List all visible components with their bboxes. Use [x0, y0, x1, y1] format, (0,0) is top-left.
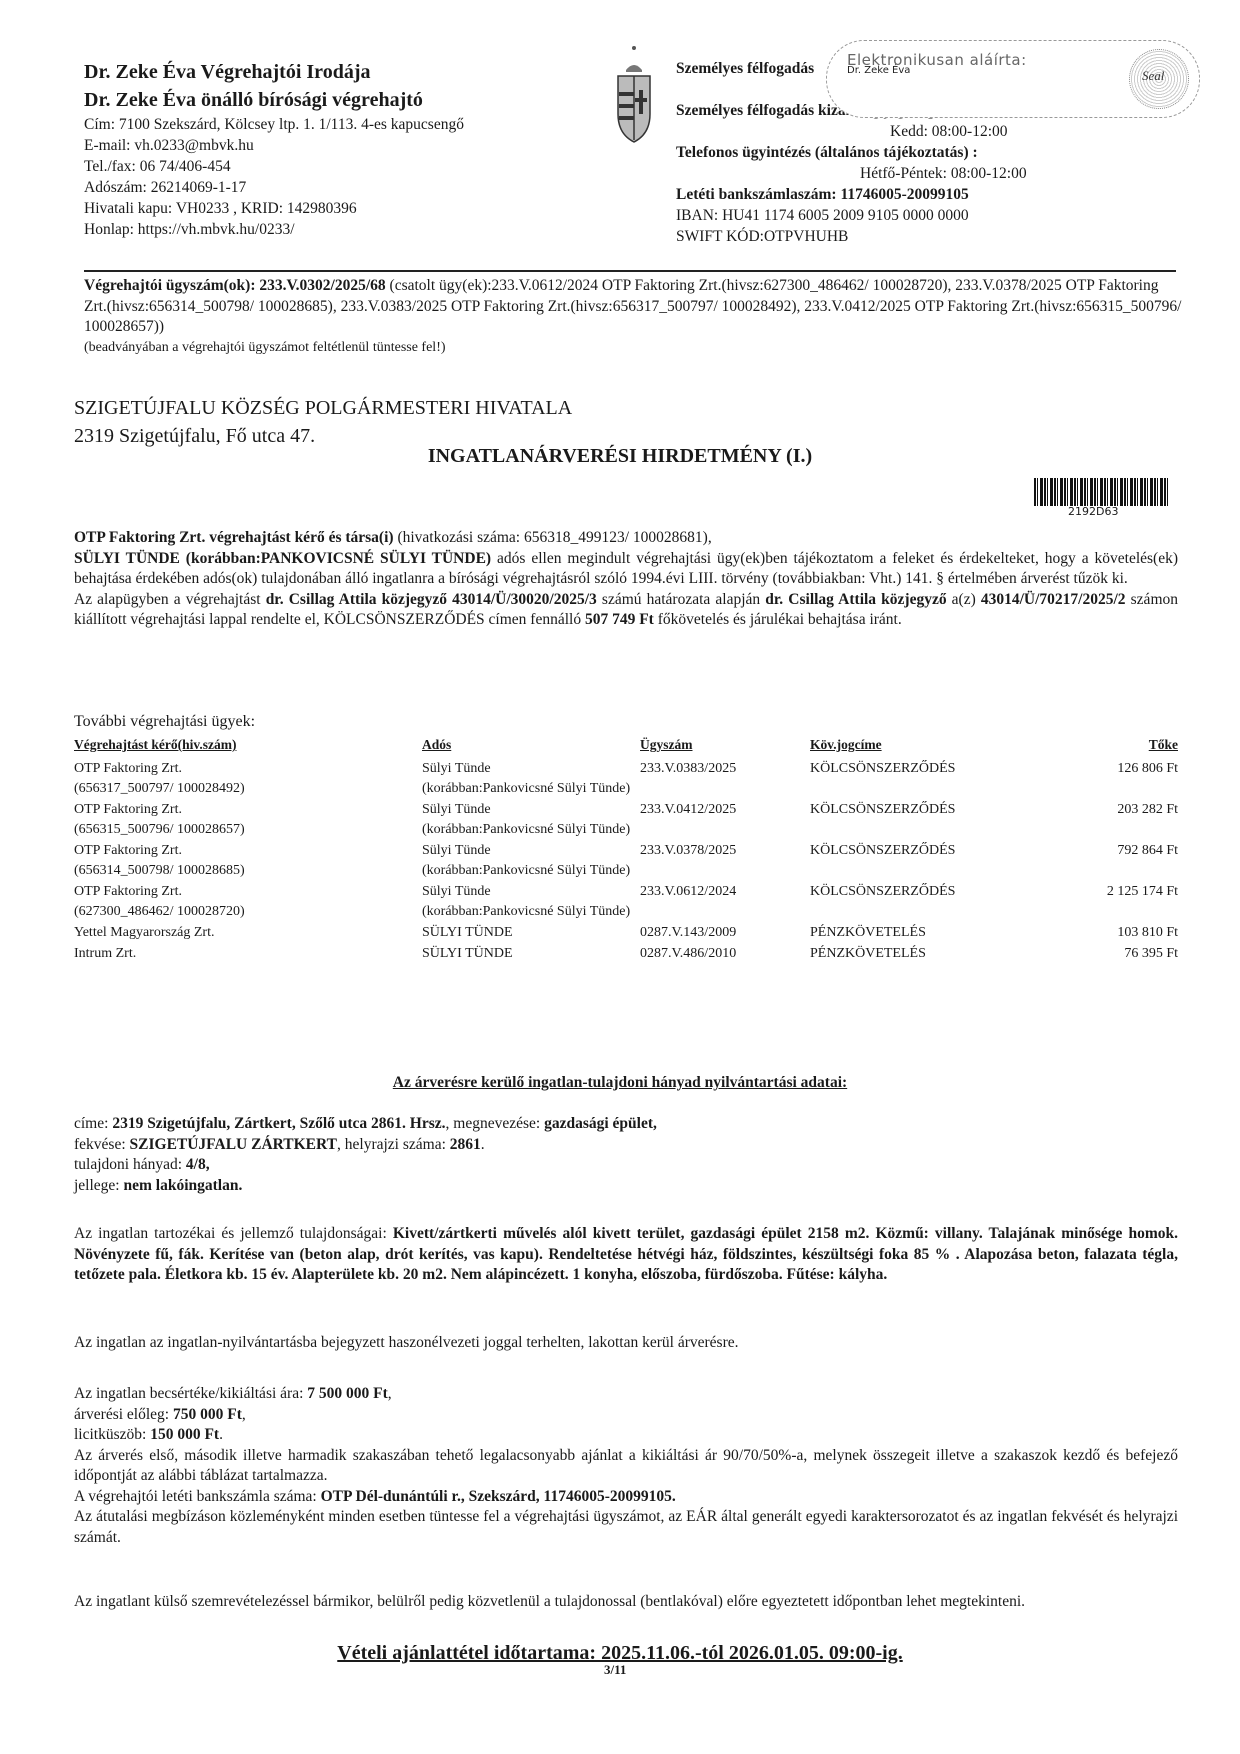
table-row: OTP Faktoring Zrt.(656314_500798/ 100028…: [74, 841, 1178, 882]
electronic-signature-stamp: Elektronikusan aláírta: Dr. Zeke Éva Sea…: [826, 40, 1200, 118]
intro-text: OTP Faktoring Zrt. végrehajtást kérő és …: [74, 528, 1178, 631]
case-number-label: Végrehajtói ügyszám(ok): 233.V.0302/2025…: [84, 277, 386, 294]
col-creditor: Végrehajtást kérő(hiv.szám): [74, 735, 422, 759]
header-divider: [84, 270, 1176, 272]
page-number: 3/11: [604, 1662, 626, 1678]
viewing-info: Az ingatlant külső szemrevételezéssel bá…: [74, 1592, 1178, 1613]
document-title: INGATLANÁRVERÉSI HIRDETMÉNY (I.): [0, 445, 1240, 468]
auction-deposit: 750 000 Ft: [173, 1406, 242, 1423]
barcode-number: 2192D63: [1068, 505, 1118, 518]
col-legal-title: Köv.jogcíme: [810, 735, 1040, 759]
bid-threshold: 150 000 Ft: [150, 1426, 219, 1443]
barcode-icon: [1034, 478, 1168, 506]
office-email: E-mail: vh.0233@mbvk.hu: [84, 135, 644, 156]
office-address: Cím: 7100 Szekszárd, Kölcsey ltp. 1. 1/1…: [84, 114, 644, 135]
officer-title: Dr. Zeke Éva önálló bírósági végrehajtó: [84, 86, 644, 114]
office-tax-number: Adószám: 26214069-1-17: [84, 177, 644, 198]
property-burden: Az ingatlan az ingatlan-nyilvántartásba …: [74, 1334, 738, 1352]
phone-hours: Hétfő-Péntek: 08:00-12:00: [676, 163, 1216, 184]
deposit-account: Letéti bankszámlaszám: 11746005-20099105: [676, 184, 1216, 205]
coat-of-arms-icon: [612, 42, 656, 162]
deposit-account-detail: OTP Dél-dunántúli r., Szekszárd, 1174600…: [321, 1488, 676, 1505]
col-debtor: Adós: [422, 735, 640, 759]
col-case: Ügyszám: [640, 735, 810, 759]
further-cases-title: További végrehajtási ügyek:: [74, 713, 255, 731]
swift: SWIFT KÓD:OTPVHUHB: [676, 226, 1216, 247]
signature-seal-icon: Seal: [1129, 49, 1189, 109]
further-cases-table: Végrehajtást kérő(hiv.szám) Adós Ügyszám…: [74, 735, 1178, 965]
case-numbers: Végrehajtói ügyszám(ok): 233.V.0302/2025…: [84, 276, 1184, 358]
addressee: SZIGETÚJFALU KÖZSÉG POLGÁRMESTERI HIVATA…: [74, 394, 572, 450]
property-attributes: Az ingatlan tartozékai és jellemző tulaj…: [74, 1224, 1178, 1286]
table-row: OTP Faktoring Zrt.(656317_500797/ 100028…: [74, 759, 1178, 800]
table-row: OTP Faktoring Zrt.(656315_500796/ 100028…: [74, 800, 1178, 841]
addressee-name: SZIGETÚJFALU KÖZSÉG POLGÁRMESTERI HIVATA…: [74, 394, 572, 422]
office-website: Honlap: https://vh.mbvk.hu/0233/: [84, 219, 644, 240]
iban: IBAN: HU41 1174 6005 2009 9105 0000 0000: [676, 205, 1216, 226]
office-name: Dr. Zeke Éva Végrehajtói Irodája: [84, 58, 644, 86]
property-details: címe: 2319 Szigetújfalu, Zártkert, Szőlő…: [74, 1114, 1178, 1196]
case-number-note: (beadványában a végrehajtói ügyszámot fe…: [84, 338, 1184, 359]
pricing-details: Az ingatlan becsértéke/kikiáltási ára: 7…: [74, 1384, 1178, 1548]
starting-price: 7 500 000 Ft: [307, 1385, 388, 1402]
signature-name: Dr. Zeke Éva: [847, 65, 910, 76]
office-gate: Hivatali kapu: VH0233 , KRID: 142980396: [84, 198, 644, 219]
table-row: OTP Faktoring Zrt.(627300_486462/ 100028…: [74, 882, 1178, 923]
reception-hours: Kedd: 08:00-12:00: [676, 121, 1216, 142]
table-row: Yettel Magyarország Zrt.SÜLYI TÜNDE0287.…: [74, 923, 1178, 944]
table-row: Intrum Zrt.SÜLYI TÜNDE0287.V.486/2010PÉN…: [74, 944, 1178, 965]
office-header: Dr. Zeke Éva Végrehajtói Irodája Dr. Zek…: [84, 58, 644, 240]
office-telfax: Tel./fax: 06 74/406-454: [84, 156, 644, 177]
property-section-title: Az árverésre kerülő ingatlan-tulajdoni h…: [0, 1074, 1240, 1092]
col-amount: Tőke: [1040, 735, 1178, 759]
phone-label: Telefonos ügyintézés (általános tájékozt…: [676, 142, 1216, 163]
